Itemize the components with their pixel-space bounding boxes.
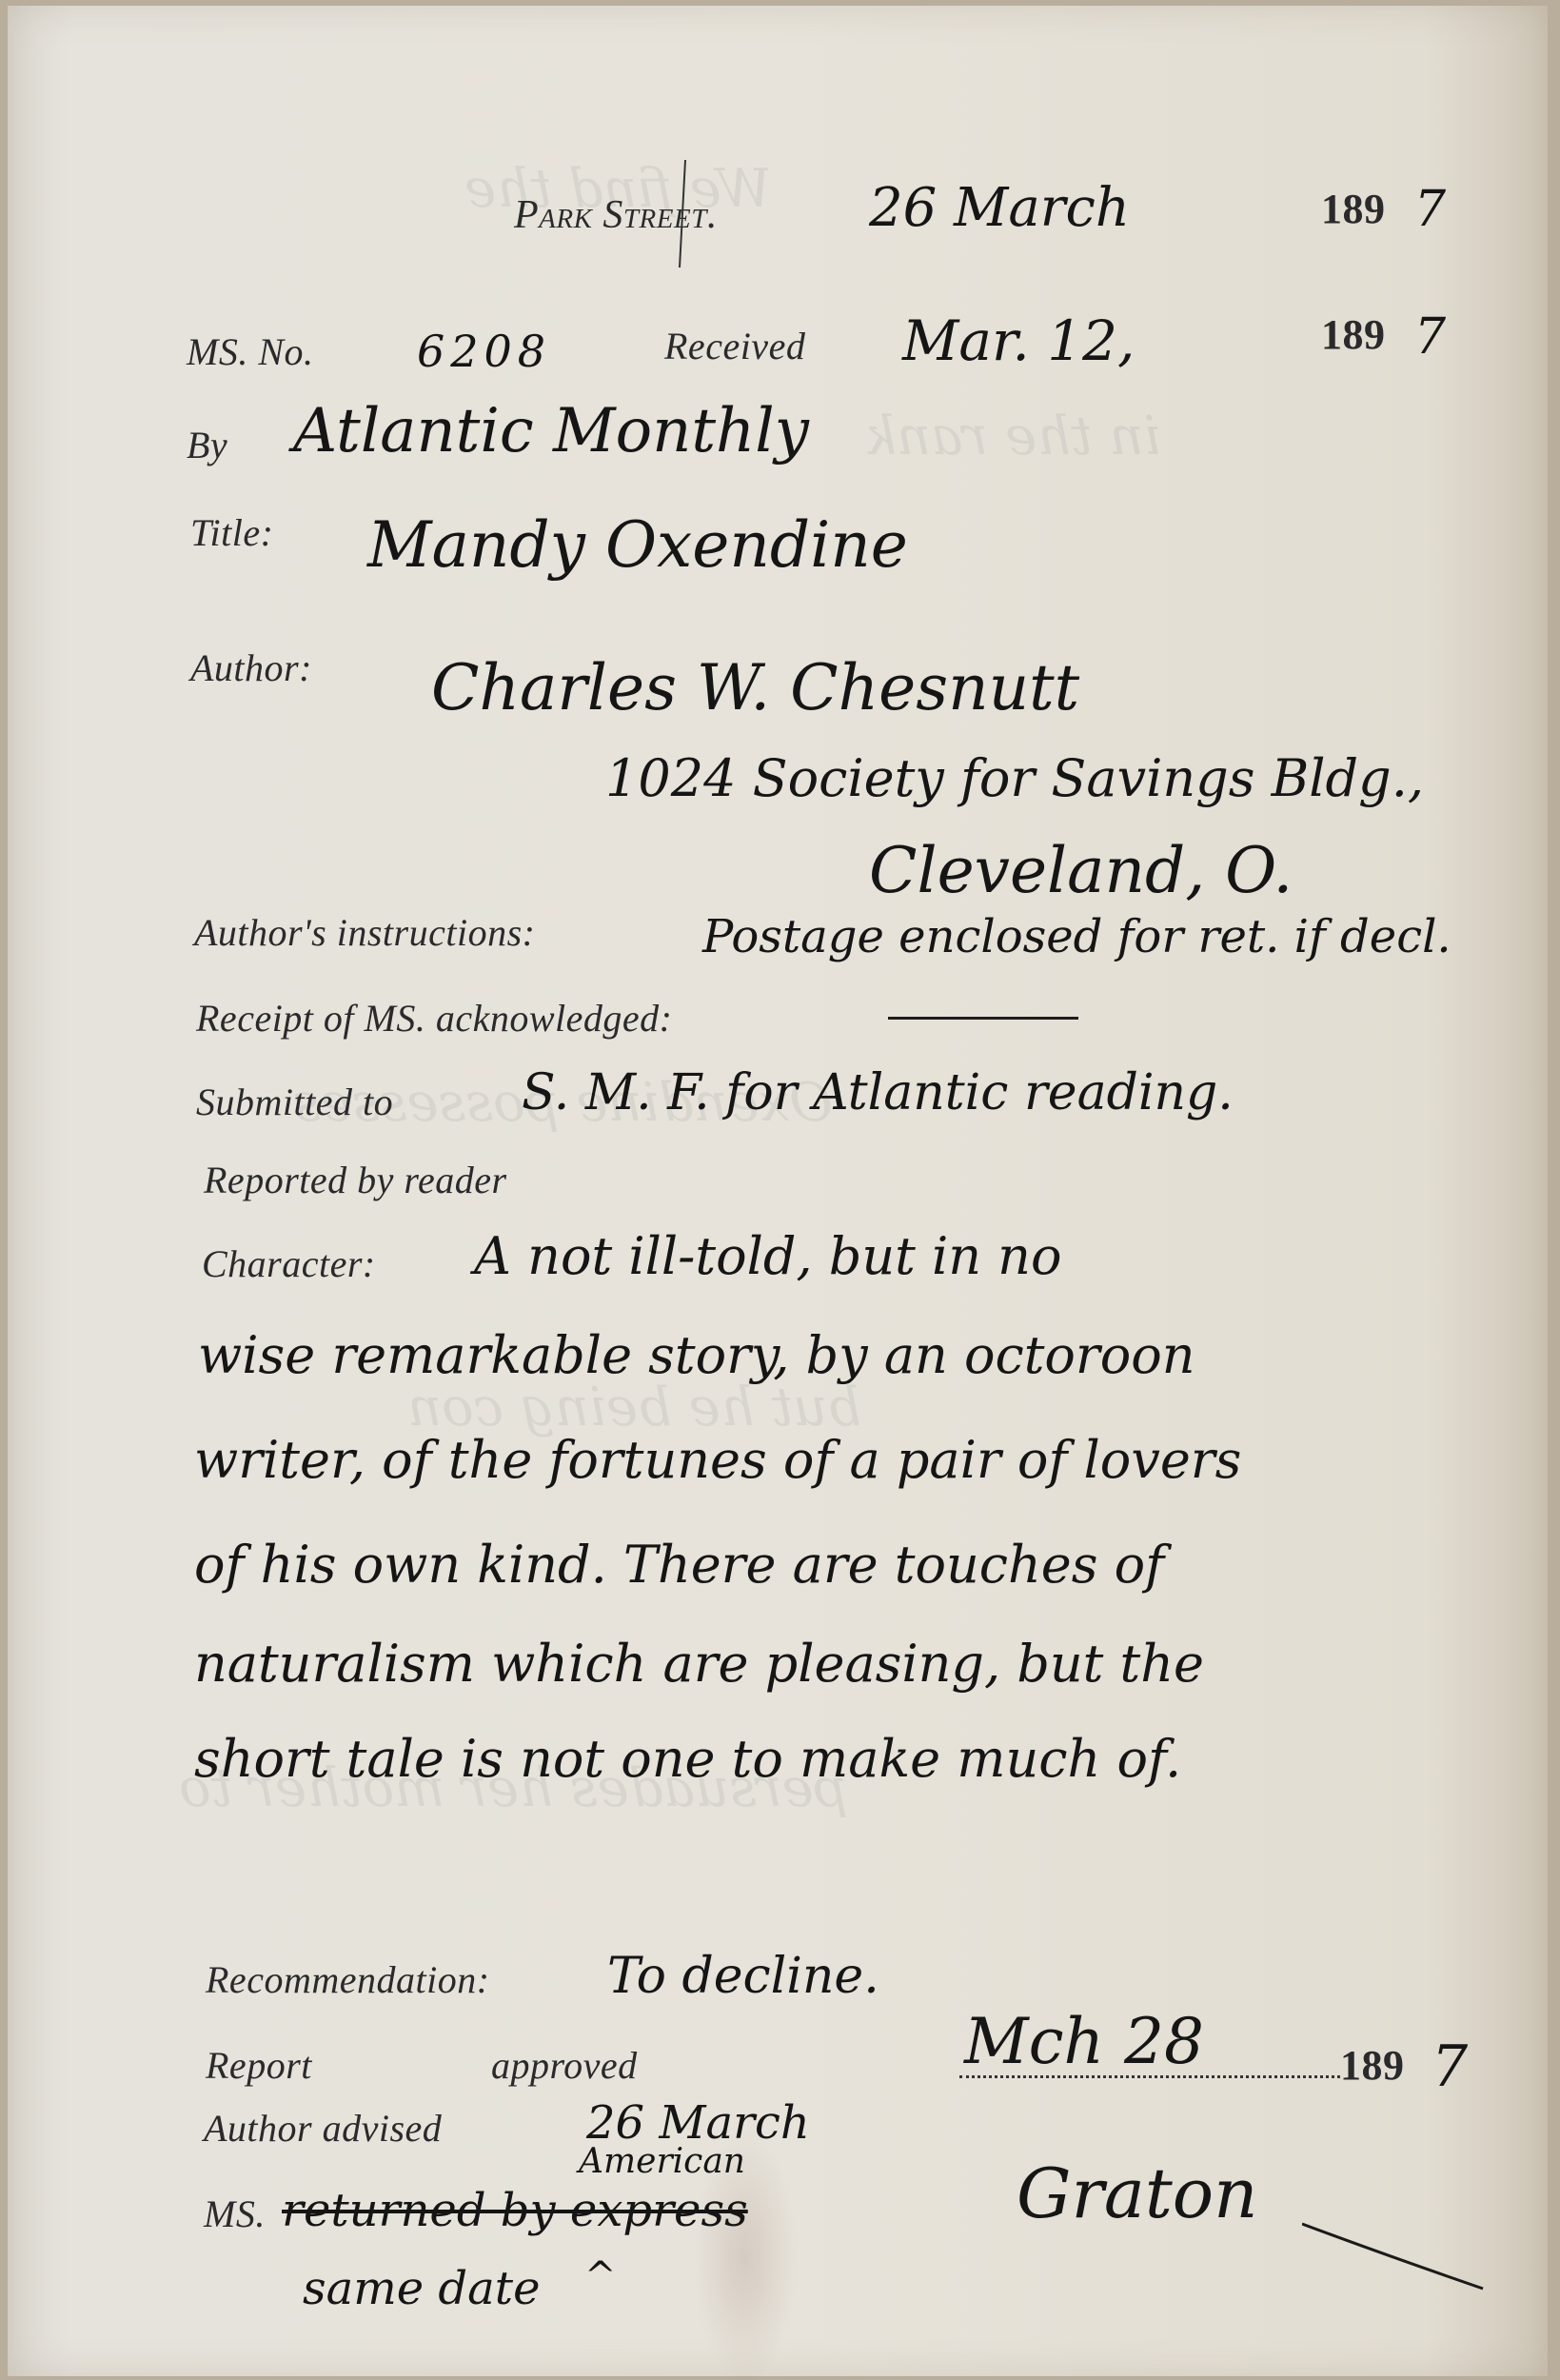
approved-date: Mch 28 (964, 2005, 1204, 2078)
instructions-value: Postage enclosed for ret. if decl. (702, 910, 1451, 963)
received-label: Received (664, 324, 805, 368)
character-label: Character: (202, 1241, 376, 1286)
ms-returned-label: MS. (204, 2192, 266, 2236)
manuscript-record-page: We find the in the rank Oxendine possess… (8, 6, 1548, 2376)
instructions-label: Author's instructions: (194, 910, 535, 955)
author-name: Charles W. Chesnutt (431, 651, 1079, 724)
signature: Graton (1017, 2153, 1258, 2233)
author-label: Author: (190, 645, 312, 690)
header-date: 26 March (869, 177, 1130, 239)
character-line: A not ill-told, but in no (474, 1226, 1061, 1286)
character-line: writer, of the fortunes of a pair of lov… (194, 1430, 1241, 1490)
header-year-printed: 189 (1321, 185, 1386, 233)
received-date: Mar. 12, (902, 308, 1135, 373)
title-label: Title: (190, 510, 273, 555)
by-value: Atlantic Monthly (293, 396, 809, 466)
ms-no-value: 6208 (417, 326, 551, 377)
pen-stroke-icon (674, 158, 693, 272)
recommendation-label: Recommendation: (206, 1957, 490, 2002)
character-line: naturalism which are pleasing, but the (194, 1634, 1204, 1694)
submitted-label: Submitted to (196, 1080, 393, 1124)
author-address-line1: 1024 Society for Savings Bldg., (605, 748, 1424, 808)
title-value: Mandy Oxendine (367, 508, 908, 582)
approved-year-digit: 7 (1432, 2033, 1468, 2100)
ms-returned-continuation: same date (303, 2262, 540, 2315)
by-label: By (187, 423, 227, 467)
character-line: of his own kind. There are touches of (194, 1535, 1164, 1595)
header-year-digit: 7 (1414, 181, 1446, 238)
ms-returned-value: returned by express (282, 2184, 748, 2237)
character-line: wise remarkable story, by an octoroon (198, 1325, 1195, 1385)
approved-year-printed: 189 (1340, 2041, 1405, 2090)
insertion-caret-icon: ^ (584, 2254, 617, 2298)
report-label: Report (206, 2043, 312, 2088)
reported-label: Reported by reader (204, 1158, 507, 1202)
bleed-through-text: in the rank (864, 406, 1160, 467)
receipt-label: Receipt of MS. acknowledged: (196, 996, 672, 1041)
receipt-dash (888, 1017, 1078, 1020)
received-year-digit: 7 (1414, 308, 1446, 366)
recommendation-value: To decline. (607, 1948, 879, 2005)
ms-no-label: MS. No. (187, 329, 314, 374)
submitted-value: S. M. F. for Atlantic reading. (522, 1064, 1234, 1121)
author-advised-label: Author advised (204, 2106, 442, 2151)
approved-label: approved (491, 2043, 638, 2088)
character-line: short tale is not one to make much of. (194, 1729, 1181, 1789)
received-year-printed: 189 (1321, 310, 1386, 359)
signature-flourish-icon (1302, 2214, 1492, 2300)
ms-returned-insert: American (579, 2142, 745, 2181)
author-address-line2: Cleveland, O. (869, 834, 1293, 907)
